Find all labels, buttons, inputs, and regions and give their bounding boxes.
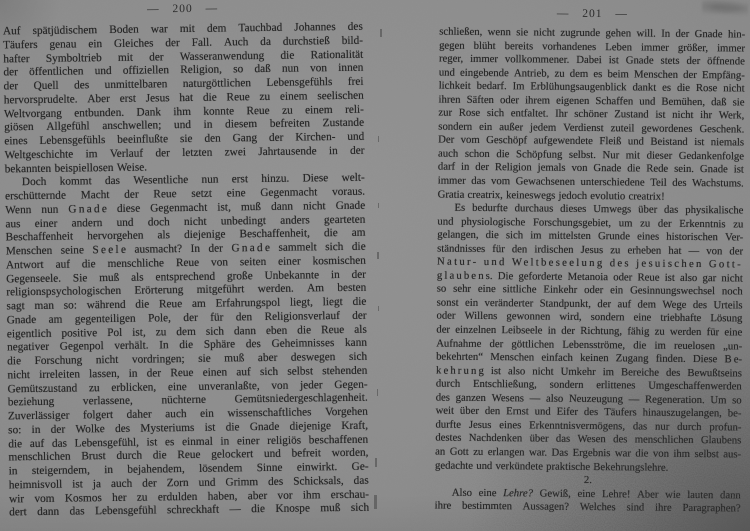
corner-stain xyxy=(410,321,750,531)
book-scan: — 200 — AufspätjüdischemBodenwarmitdemTa… xyxy=(0,0,750,531)
